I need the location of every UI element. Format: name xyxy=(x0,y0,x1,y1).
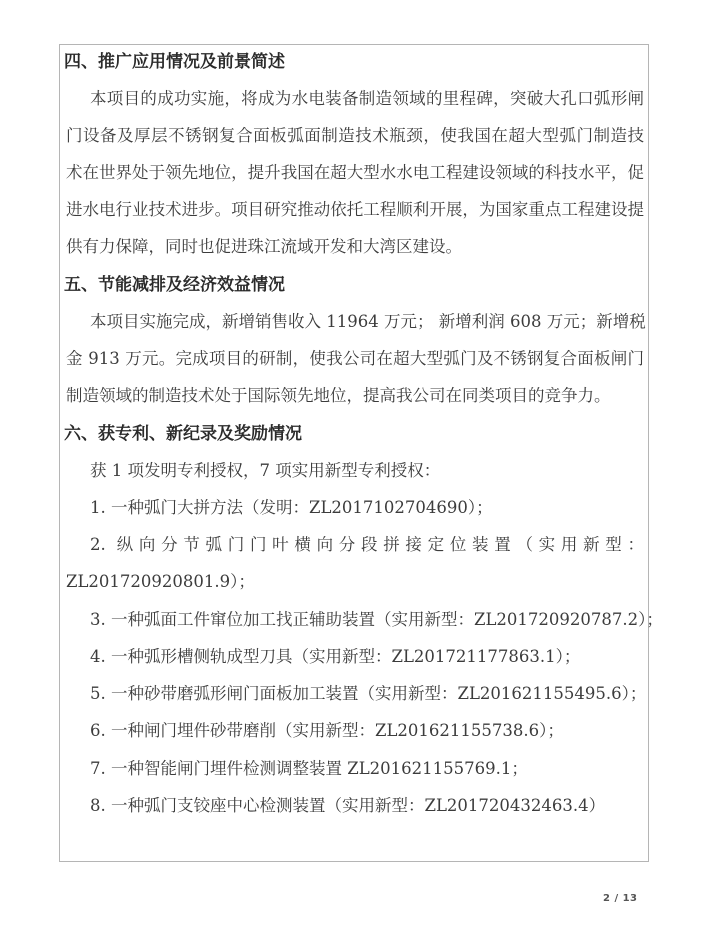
section-heading-4: 四、推广应用情况及前景简述 xyxy=(64,52,285,72)
patent-item-8: 8. 一种弧门支铰座中心检测装置（实用新型：ZL201720432463.4） xyxy=(90,796,605,816)
paragraph-line: 金 913 万元。完成项目的研制，使我公司在超大型弧门及不锈钢复合面板闸门 xyxy=(66,349,644,369)
patent-item-7: 7. 一种智能闸门埋件检测调整装置 ZL201621155769.1； xyxy=(90,759,528,779)
paragraph-line: 制造领域的制造技术处于国际领先地位，提高我公司在同类项目的竞争力。 xyxy=(66,386,611,406)
patent-item-3: 3. 一种弧面工件窜位加工找正辅助装置（实用新型：ZL201720920787.… xyxy=(90,610,663,630)
paragraph-line: 供有力保障，同时也促进珠江流域开发和大湾区建设。 xyxy=(66,237,462,257)
paragraph-line: 门设备及厚层不锈钢复合面板弧面制造技术瓶颈，使我国在超大型弧门制造技 xyxy=(66,126,644,146)
patent-item-2-continued: ZL201720920801.9）； xyxy=(66,572,255,592)
paragraph-line: 本项目实施完成，新增销售收入 11964 万元； 新增利润 608 万元；新增税 xyxy=(90,312,644,332)
section-heading-6: 六、获专利、新纪录及奖励情况 xyxy=(64,424,302,444)
section-heading-5: 五、节能减排及经济效益情况 xyxy=(64,275,285,295)
paragraph-line: 术在世界处于领先地位，提升我国在超大型水水电工程建设领域的科技水平，促 xyxy=(66,163,644,183)
patent-item-6: 6. 一种闸门埋件砂带磨削（实用新型：ZL201621155738.6）； xyxy=(90,721,564,741)
patent-item-4: 4. 一种弧形槽侧轨成型刀具（实用新型：ZL201721177863.1）； xyxy=(90,647,580,667)
paragraph-line: 进水电行业技术进步。项目研究推动依托工程顺利开展，为国家重点工程建设提 xyxy=(66,200,644,220)
patent-item-1: 1. 一种弧门大拼方法（发明：ZL2017102704690）； xyxy=(90,498,493,518)
patent-item-2: 2. 纵向分节弧门门叶横向分段拼接定位装置（实用新型： xyxy=(90,535,644,555)
paragraph-line: 本项目的成功实施，将成为水电装备制造领域的里程碑，突破大孔口弧形闸 xyxy=(90,89,644,109)
patent-item-5: 5. 一种砂带磨弧形闸门面板加工装置（实用新型：ZL201621155495.6… xyxy=(90,684,646,704)
patents-intro: 获 1 项发明专利授权，7 项实用新型专利授权： xyxy=(90,461,440,481)
page-indicator: 2 / 13 xyxy=(603,893,638,904)
